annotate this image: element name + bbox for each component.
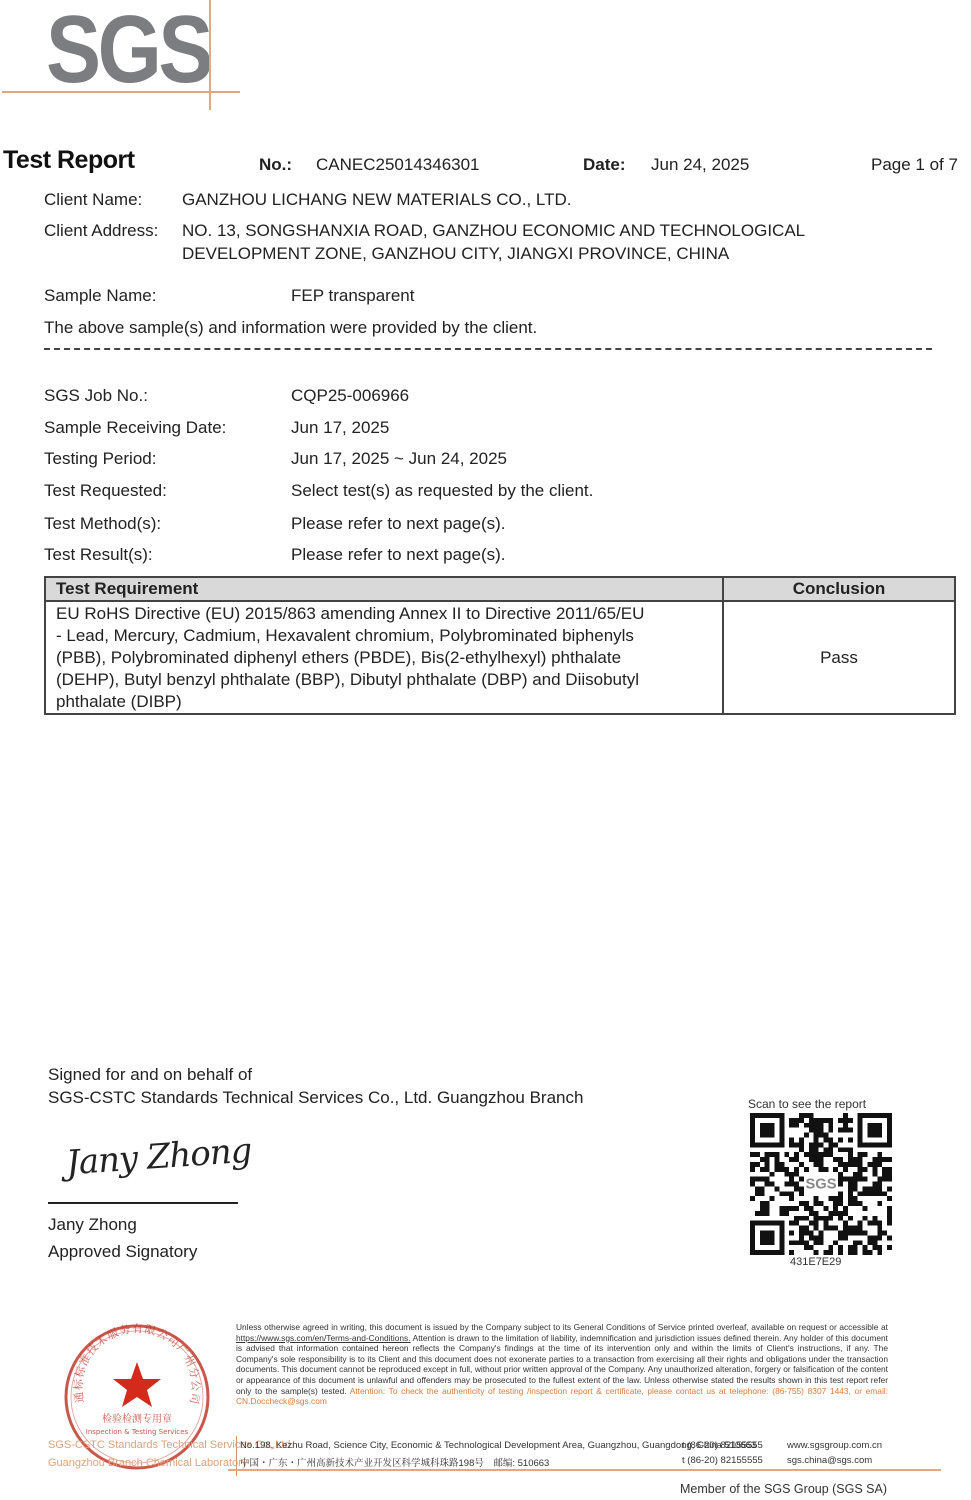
table-header-row: Test Requirement Conclusion (45, 577, 955, 601)
conclusion-cell: Pass (723, 601, 955, 714)
signatory-name: Jany Zhong (48, 1215, 137, 1235)
sample-name-label: Sample Name: (44, 286, 156, 306)
phone-2: t (86-20) 82155555 (682, 1455, 763, 1466)
client-name-label: Client Name: (44, 190, 142, 210)
address-chinese: 中国・广东・广州高新技术产业开发区科学城科珠路198号 邮编: 510663 (240, 1455, 549, 1469)
logo-accent-vertical-line (209, 0, 211, 110)
detail-label: SGS Job No.: (44, 386, 148, 406)
sample-name: FEP transparent (291, 286, 414, 306)
sample-provided-note: The above sample(s) and information were… (44, 318, 537, 338)
member-statement: Member of the SGS Group (SGS SA) (680, 1482, 887, 1496)
column-header-test-requirement: Test Requirement (45, 577, 723, 601)
signature-line (48, 1202, 238, 1204)
client-address-label: Client Address: (44, 221, 158, 241)
signatory-role: Approved Signatory (48, 1242, 197, 1262)
qr-caption: Scan to see the report (748, 1097, 866, 1111)
client-address-line-2: DEVELOPMENT ZONE, GANZHOU CITY, JIANGXI … (182, 244, 729, 264)
address-english: No.198, Kezhu Road, Science City, Econom… (240, 1440, 756, 1451)
requirement-line: (PBB), Polybrominated diphenyl ethers (P… (56, 647, 712, 669)
requirement-line: (DEHP), Butyl benzyl phthalate (BBP), Di… (56, 669, 712, 691)
page-indicator: Page 1 of 7 (871, 155, 958, 175)
requirement-line: phthalate (DIBP) (56, 691, 712, 713)
footer-divider (228, 1469, 941, 1471)
signing-company: SGS-CSTC Standards Technical Services Co… (48, 1088, 583, 1108)
client-name: GANZHOU LICHANG NEW MATERIALS CO., LTD. (182, 190, 571, 210)
detail-value: Please refer to next page(s). (291, 514, 506, 534)
detail-value: Select test(s) as requested by the clien… (291, 481, 593, 501)
svg-text:SGS: SGS (806, 1176, 837, 1192)
website-link[interactable]: www.sgsgroup.com.cn (787, 1440, 882, 1451)
report-date: Jun 24, 2025 (651, 155, 749, 175)
terms-link[interactable]: https://www.sgs.com/en/Terms-and-Conditi… (236, 1333, 411, 1343)
detail-label: Sample Receiving Date: (44, 418, 226, 438)
sgs-logo: SGS (46, 2, 210, 98)
section-divider (44, 348, 932, 350)
report-date-label: Date: (583, 155, 626, 175)
detail-value: Jun 17, 2025 ~ Jun 24, 2025 (291, 449, 507, 469)
disclaimer-text: Unless otherwise agreed in writing, this… (236, 1322, 888, 1332)
legal-disclaimer: Unless otherwise agreed in writing, this… (236, 1322, 888, 1407)
client-address-line-1: NO. 13, SONGSHANXIA ROAD, GANZHOU ECONOM… (182, 221, 805, 241)
report-title: Test Report (3, 146, 135, 175)
requirement-line: EU RoHS Directive (EU) 2015/863 amending… (56, 603, 712, 625)
qr-verification-code: 431E7E29 (790, 1256, 841, 1268)
report-number: CANEC25014346301 (316, 155, 480, 175)
detail-label: Test Result(s): (44, 545, 153, 565)
detail-value: Please refer to next page(s). (291, 545, 506, 565)
detail-label: Test Method(s): (44, 514, 161, 534)
signed-for-text: Signed for and on behalf of (48, 1065, 252, 1085)
detail-value: Jun 17, 2025 (291, 418, 389, 438)
email-link[interactable]: sgs.china@sgs.com (787, 1455, 872, 1466)
svg-text:检验检测专用章: 检验检测专用章 (102, 1412, 172, 1425)
detail-label: Test Requested: (44, 481, 167, 501)
handwritten-signature: Jany Zhong (65, 1131, 253, 1184)
column-header-conclusion: Conclusion (723, 577, 955, 601)
requirement-line: - Lead, Mercury, Cadmium, Hexavalent chr… (56, 625, 712, 647)
logo-accent-horizontal-line (2, 91, 240, 93)
results-table: Test Requirement Conclusion EU RoHS Dire… (44, 576, 956, 715)
detail-value: CQP25-006966 (291, 386, 409, 406)
table-row: EU RoHS Directive (EU) 2015/863 amending… (45, 601, 955, 714)
qr-code-icon[interactable]: SGS (750, 1113, 892, 1255)
report-number-label: No.: (259, 155, 292, 175)
test-requirement-cell: EU RoHS Directive (EU) 2015/863 amending… (45, 601, 723, 714)
phone-1: t (86-20) 82155555 (682, 1440, 763, 1451)
detail-label: Testing Period: (44, 449, 156, 469)
svg-text:Inspection & Testing Services: Inspection & Testing Services (86, 1428, 189, 1436)
